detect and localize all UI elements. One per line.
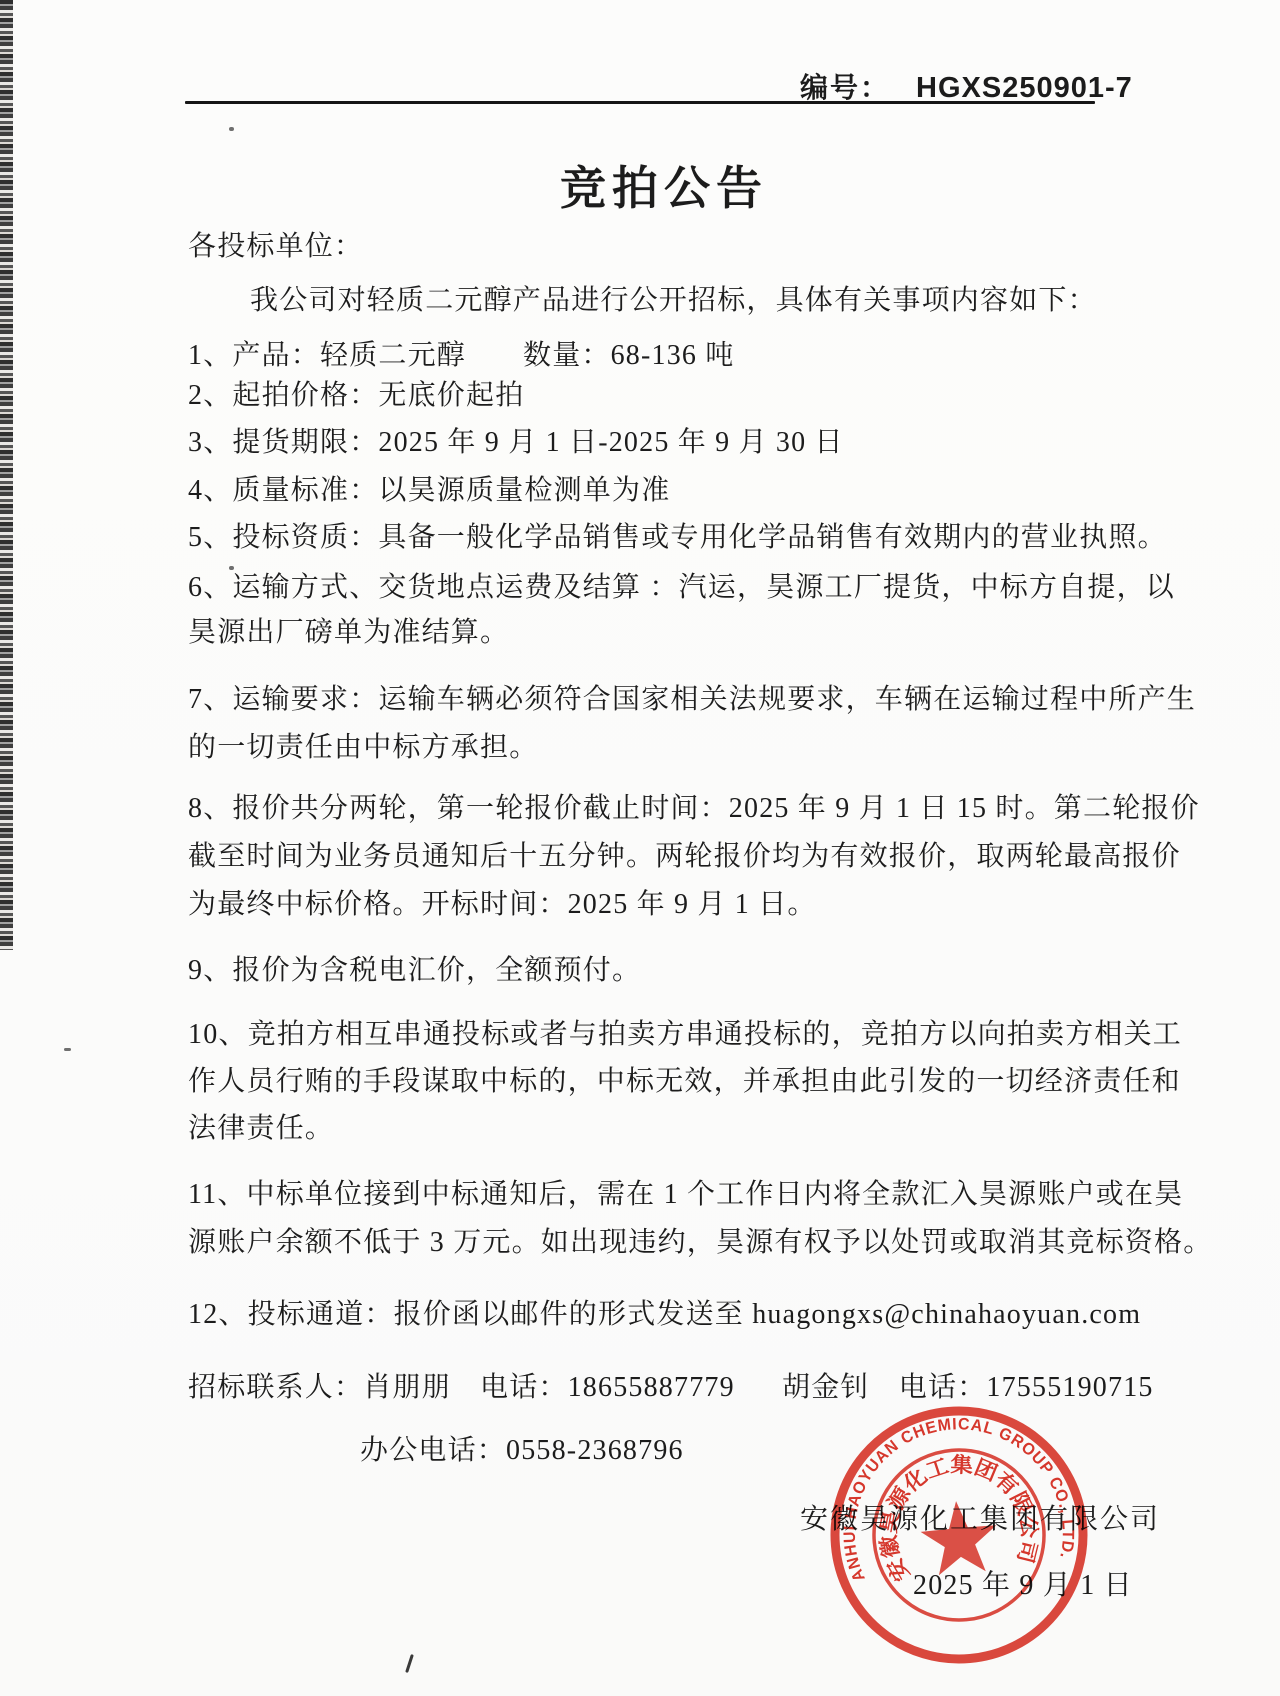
doc-line-item8-cont2: 为最终中标价格。开标时间：2025 年 9 月 1 日。: [188, 889, 817, 921]
doc-line-item11-cont: 源账户余额不低于 3 万元。如出现违约，昊源有权予以处罚或取消其竞标资格。: [188, 1227, 1212, 1259]
doc-line-item12: 12、投标通道：报价函以邮件的形式发送至 huagongxs@chinahaoy…: [188, 1299, 1141, 1331]
seal-latin-text: ANHUI HAOYUAN CHEMICAL GROUP CO., LTD.: [831, 1405, 1080, 1584]
doc-line-item5: 5、投标资质：具备一般化学品销售或专用化学品销售有效期内的营业执照。: [188, 522, 1167, 554]
doc-line-item8: 8、报价共分两轮，第一轮报价截止时间：2025 年 9 月 1 日 15 时。第…: [188, 793, 1200, 825]
doc-line-item2: 2、起拍价格：无底价起拍: [188, 380, 524, 412]
company-name: 安徽昊源化工集团有限公司: [800, 1504, 1160, 1536]
doc-line-item10: 10、竞拍方相互串通投标或者与拍卖方串通投标的，竞拍方以向拍卖方相关工: [188, 1019, 1182, 1051]
doc-line-item7-cont: 的一切责任由中标方承担。: [188, 732, 538, 764]
header-rule: [185, 101, 1095, 104]
item-1-line: 1、产品：轻质二元醇 数量：68-136 吨: [188, 333, 466, 373]
doc-line-item6: 6、运输方式、交货地点运费及结算 ：汽运，昊源工厂提货，中标方自提，以: [188, 572, 1175, 604]
contact-secondary: 胡金钊 电话：17555190715: [782, 1372, 1154, 1404]
scan-stray-mark: [405, 1654, 414, 1673]
scan-binding-artifact: [0, 0, 13, 950]
office-phone-line: 办公电话：0558-2368796: [360, 1435, 684, 1467]
doc-line-item6-cont: 昊源出厂磅单为准结算。: [188, 617, 509, 649]
doc-line-item10-cont2: 法律责任。: [188, 1113, 334, 1145]
doc-line-item9: 9、报价为含税电汇价，全额预付。: [188, 955, 641, 987]
doc-number-line: 编号：HGXS250901-7: [800, 66, 1133, 106]
scanned-document-page: 编号：HGXS250901-7 竞拍公告 各投标单位： 我公司对轻质二元醇产品进…: [0, 0, 1280, 1696]
scan-speck: [229, 566, 234, 570]
doc-line-item3: 3、提货期限：2025 年 9 月 1 日-2025 年 9 月 30 日: [188, 427, 844, 459]
scan-speck: [229, 127, 234, 131]
contact-primary: 招标联系人：肖朋朋 电话：18655887779: [188, 1372, 735, 1404]
doc-line-item7: 7、运输要求：运输车辆必须符合国家相关法规要求，车辆在运输过程中所产生: [188, 684, 1196, 716]
page-title: 竞拍公告: [560, 152, 768, 218]
doc-line-item10-cont1: 作人员行贿的手段谋取中标的，中标无效，并承担由此引发的一切经济责任和: [188, 1066, 1181, 1098]
doc-number-label: 编号：: [800, 73, 890, 104]
doc-line-item11: 11、中标单位接到中标通知后，需在 1 个工作日内将全款汇入昊源账户或在昊: [188, 1179, 1183, 1211]
intro-line: 我公司对轻质二元醇产品进行公开招标，具体有关事项内容如下：: [250, 285, 1097, 317]
salutation-line: 各投标单位：: [188, 231, 363, 263]
doc-line-item4: 4、质量标准：以昊源质量检测单为准: [188, 475, 670, 507]
doc-line-item8-cont1: 截至时间为业务员通知后十五分钟。两轮报价均为有效报价，取两轮最高报价: [188, 841, 1181, 873]
item-1-product-text: 1、产品：轻质二元醇: [188, 340, 466, 371]
issue-date: 2025 年 9 月 1 日: [913, 1570, 1133, 1602]
item-1-quantity-text: 数量：68-136 吨: [523, 333, 735, 373]
doc-number-value: HGXS250901-7: [916, 72, 1133, 104]
scan-speck: [64, 1048, 71, 1051]
